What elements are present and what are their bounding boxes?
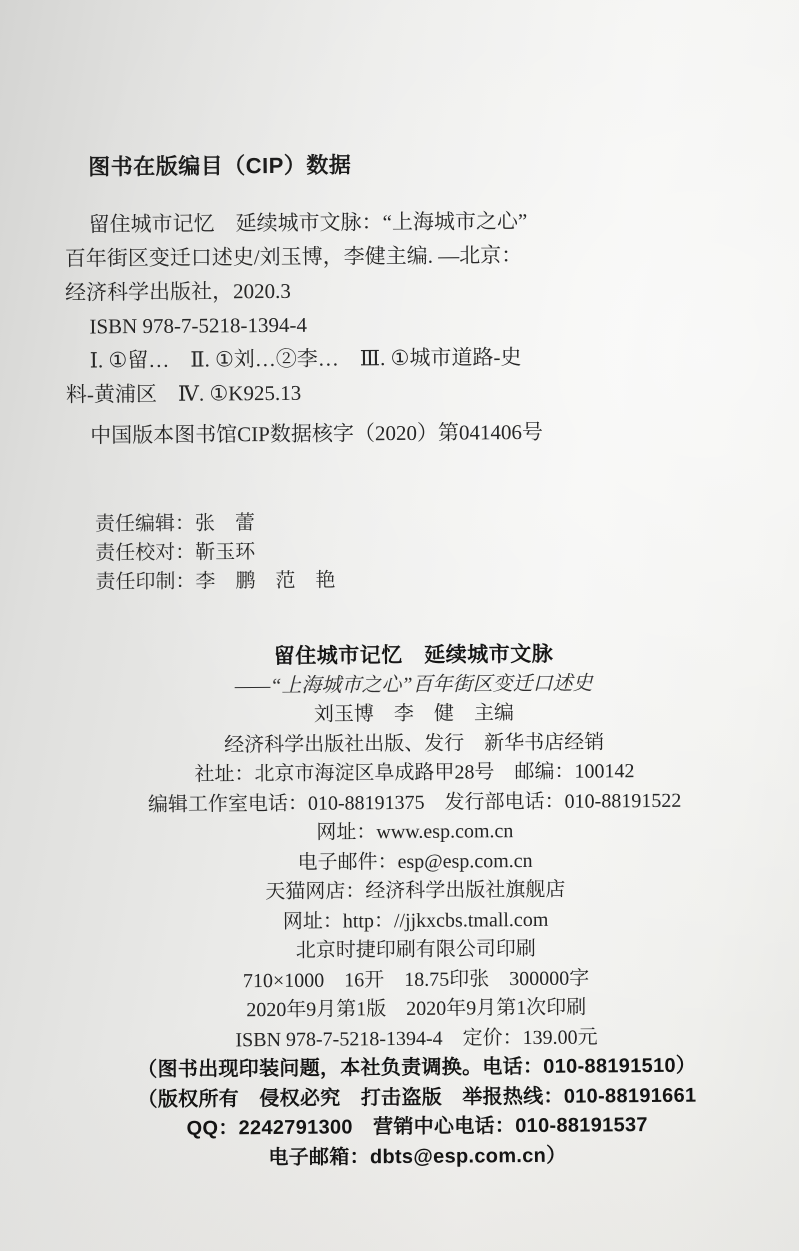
cip-line: Ⅰ. ①留… Ⅱ. ①刘…②李… Ⅲ. ①城市道路-史 [66,338,726,377]
cip-registration-line: 中国版本图书馆CIP数据核字（2020）第041406号 [66,413,726,452]
cip-line: 百年街区变迁口述史/刘玉博，李健主编. —北京： [65,236,725,275]
cip-heading: 图书在版编目（CIP）数据 [88,145,724,184]
cip-section: 图书在版编目（CIP）数据 留住城市记忆 延续城市文脉：“上海城市之心” 百年街… [64,145,726,452]
cip-line: 经济科学出版社，2020.3 [65,270,725,309]
staff-line: 责任印制：李 鹏 范 艳 [95,563,799,598]
notice-line: 电子邮箱：dbts@esp.com.cn） [18,1139,799,1175]
staff-section: 责任编辑：张 蕾 责任校对：靳玉环 责任印制：李 鹏 范 艳 [95,505,799,598]
book-copyright-page: 图书在版编目（CIP）数据 留住城市记忆 延续城市文脉：“上海城市之心” 百年街… [0,145,799,1175]
colophon-section: 留住城市记忆 延续城市文脉 ——“上海城市之心”百年街区变迁口述史 刘玉博 李 … [14,638,799,1175]
cip-line: ISBN 978-7-5218-1394-4 [65,304,725,343]
colophon-line: 编辑工作室电话：010-88191375 发行部电话：010-88191522 [15,785,799,821]
cip-line: 料-黄浦区 Ⅳ. ①K925.13 [66,372,726,411]
notice-line: （版权所有 侵权必究 打击盗版 举报热线：010-88191661 [17,1080,799,1116]
cip-line: 留住城市记忆 延续城市文脉：“上海城市之心” [64,202,724,241]
